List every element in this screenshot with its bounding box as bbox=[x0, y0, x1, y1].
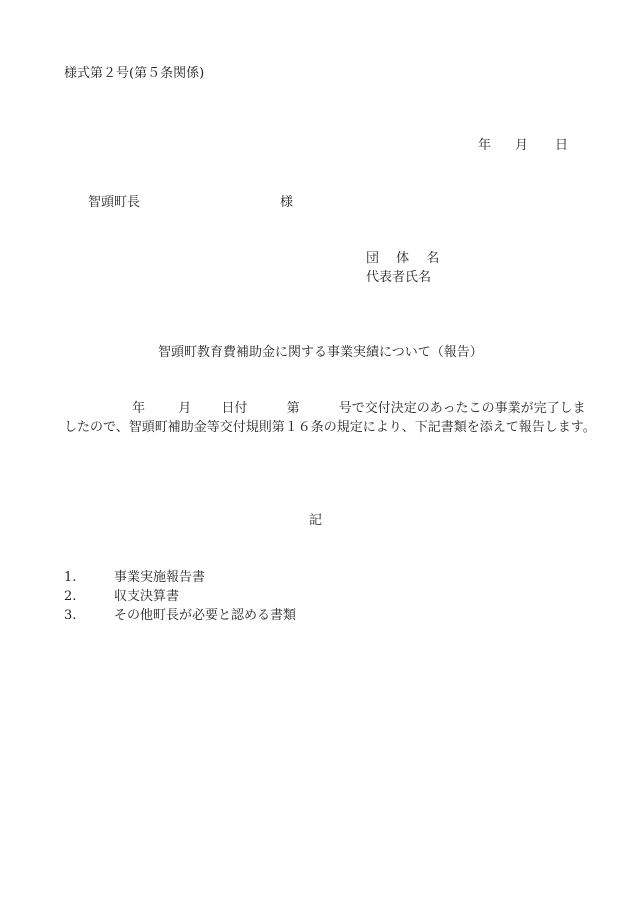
body-year-label: 年 bbox=[132, 401, 174, 417]
list-item-number: 2. bbox=[64, 587, 114, 606]
list-item: 1. 事業実施報告書 bbox=[64, 568, 296, 587]
addressee-suffix: 様 bbox=[280, 195, 293, 211]
form-number: 様式第２号(第５条関係) bbox=[64, 66, 204, 82]
list-item-label: 収支決算書 bbox=[114, 587, 179, 606]
list-item: 2. 収支決算書 bbox=[64, 587, 296, 606]
body-number-prefix: 第 bbox=[287, 401, 335, 417]
list-item-label: 事業実施報告書 bbox=[114, 568, 205, 587]
org-name-char: 体 bbox=[396, 251, 422, 267]
body-paragraph-line-1: 年 月 日付 第 号で交付決定のあったこの事業が完了しま bbox=[64, 401, 586, 417]
attachments-list: 1. 事業実施報告書 2. 収支決算書 3. その他町長が必要と認める書類 bbox=[64, 568, 296, 625]
list-item-label: その他町長が必要と認める書類 bbox=[114, 606, 296, 625]
org-name-char: 団 bbox=[366, 251, 392, 267]
document-title: 智頭町教育費補助金に関する事業実績について（報告） bbox=[158, 345, 483, 361]
org-name-char: 名 bbox=[426, 251, 439, 267]
body-paragraph-line-2: したので、智頭町補助金等交付規則第１６条の規定により、下記書類を添えて報告します… bbox=[64, 420, 596, 436]
date-day-label: 日 bbox=[555, 138, 568, 154]
body-line-1-rest: 号で交付決定のあったこの事業が完了しま bbox=[339, 401, 586, 417]
list-item-number: 3. bbox=[64, 606, 114, 625]
organization-name-label: 団 体 名 bbox=[366, 251, 439, 267]
date-line: 年 月 日 bbox=[478, 138, 568, 154]
representative-name-label: 代表者氏名 bbox=[366, 270, 431, 286]
body-date-suffix: 日付 bbox=[221, 401, 282, 417]
list-item: 3. その他町長が必要と認める書類 bbox=[64, 606, 296, 625]
addressee-name: 智頭町長 bbox=[88, 195, 140, 211]
date-year-label: 年 bbox=[478, 138, 515, 154]
body-month-label: 月 bbox=[178, 401, 217, 417]
list-item-number: 1. bbox=[64, 568, 114, 587]
date-month-label: 月 bbox=[515, 138, 555, 154]
ki-heading: 記 bbox=[309, 513, 322, 529]
